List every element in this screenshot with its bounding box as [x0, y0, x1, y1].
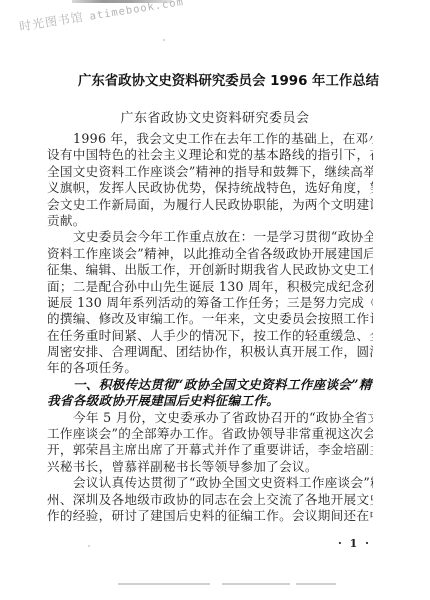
- paragraph-line: 会议认真传达贯彻了“政协全国文史资料工作座谈会”精神，广: [47, 475, 373, 491]
- paragraph-line: 诞辰 130 周年系列活动的筹备工作任务；三是努力完成《马万祺传》: [47, 295, 373, 311]
- paragraph-line: 州、深圳及各地级市政协的同志在会上交流了各地开展文史资料工: [47, 492, 373, 508]
- paragraph-line: 周密安排、合理调配、团结协作，积极认真开展工作，圆满完成了今: [47, 344, 373, 360]
- document-author: 广东省政协文史资料研究委员会: [0, 107, 430, 126]
- scan-speck: [163, 39, 165, 41]
- paragraph-line: 贡献。: [47, 213, 373, 229]
- paragraph-line: 文史委员会今年工作重点放在：一是学习贯彻“政协全国文史: [47, 229, 373, 245]
- paragraph-line: 面；二是配合孙中山先生诞辰 130 周年，积极完成纪念孙中山先生: [47, 279, 373, 295]
- paragraph-line: 在任务重时间紧、人手少的情况下，按工作的轻重缓急、全面计划、: [47, 328, 373, 344]
- paragraph-line: 资料工作座谈会”精神，以此推动全省各级政协开展建国后史料的: [47, 246, 373, 262]
- watermark: 时光图书馆atimebook.com: [18, 0, 185, 35]
- scan-bottom-rule: [118, 583, 210, 585]
- paragraph-line: 工作座谈会”的全部筹办工作。省政协领导非常重视这次会议的召: [47, 426, 373, 442]
- scan-bottom-rule: [296, 583, 336, 585]
- scan-speck: [88, 545, 90, 547]
- document-body: 1996 年，我会文史工作在去年工作的基础上，在邓小平同志建设有中国特色的社会主…: [47, 131, 373, 524]
- paragraph-line: 会文史工作新局面，为履行人民政协职能，为两个文明建设作出了: [47, 197, 373, 213]
- paragraph-line: 年的各项任务。: [47, 360, 373, 376]
- page-number: · 1 ·: [338, 537, 371, 550]
- paragraph-line: 开，郭荣昌主席出席了开幕式并作了重要讲话，李金培副主席，廖鸿: [47, 442, 373, 458]
- paragraph-line: 的撰编、修改及审编工作。一年来，文史委员会按照工作计划安排，: [47, 311, 373, 327]
- watermark-url: atimebook.com: [89, 0, 185, 23]
- paragraph-line: 设有中国特色的社会主义理论和党的基本路线的指引下，在“政协: [47, 147, 373, 163]
- paragraph-line: 作的经验，研讨了建国后史料的征编工作。会议期间还在中山图书: [47, 508, 373, 524]
- paragraph-line: 今年 5 月份，文史委承办了省政协召开的“政协全省文史资料: [47, 410, 373, 426]
- paragraph-line: 1996 年，我会文史工作在去年工作的基础上，在邓小平同志建: [47, 131, 373, 147]
- watermark-name: 时光图书馆: [18, 10, 84, 34]
- section-heading-line: 我省各级政协开展建国后史料征编工作。: [47, 393, 373, 409]
- document-title: 广东省政协文史资料研究委员会 1996 年工作总结: [78, 70, 368, 89]
- paragraph-line: 全国文史资料工作座谈会”精神的指导和鼓舞下，继续高举爱国主: [47, 164, 373, 180]
- scan-bottom-rule: [222, 583, 290, 585]
- paragraph-line: 义旗帜，发挥人民政协优势，保持统战特色，选好角度，努力开创我: [47, 180, 373, 196]
- section-heading-line: 一、积极传达贯彻“政协全国文史资料工作座谈会”精神，推动: [47, 377, 373, 393]
- paragraph-line: 兴秘书长，曾慕祥副秘书长等领导参加了会议。: [47, 459, 373, 475]
- scan-speck: [248, 308, 250, 310]
- paragraph-line: 征集、编辑、出版工作，开创新时期我省人民政协文史工作的新局: [47, 262, 373, 278]
